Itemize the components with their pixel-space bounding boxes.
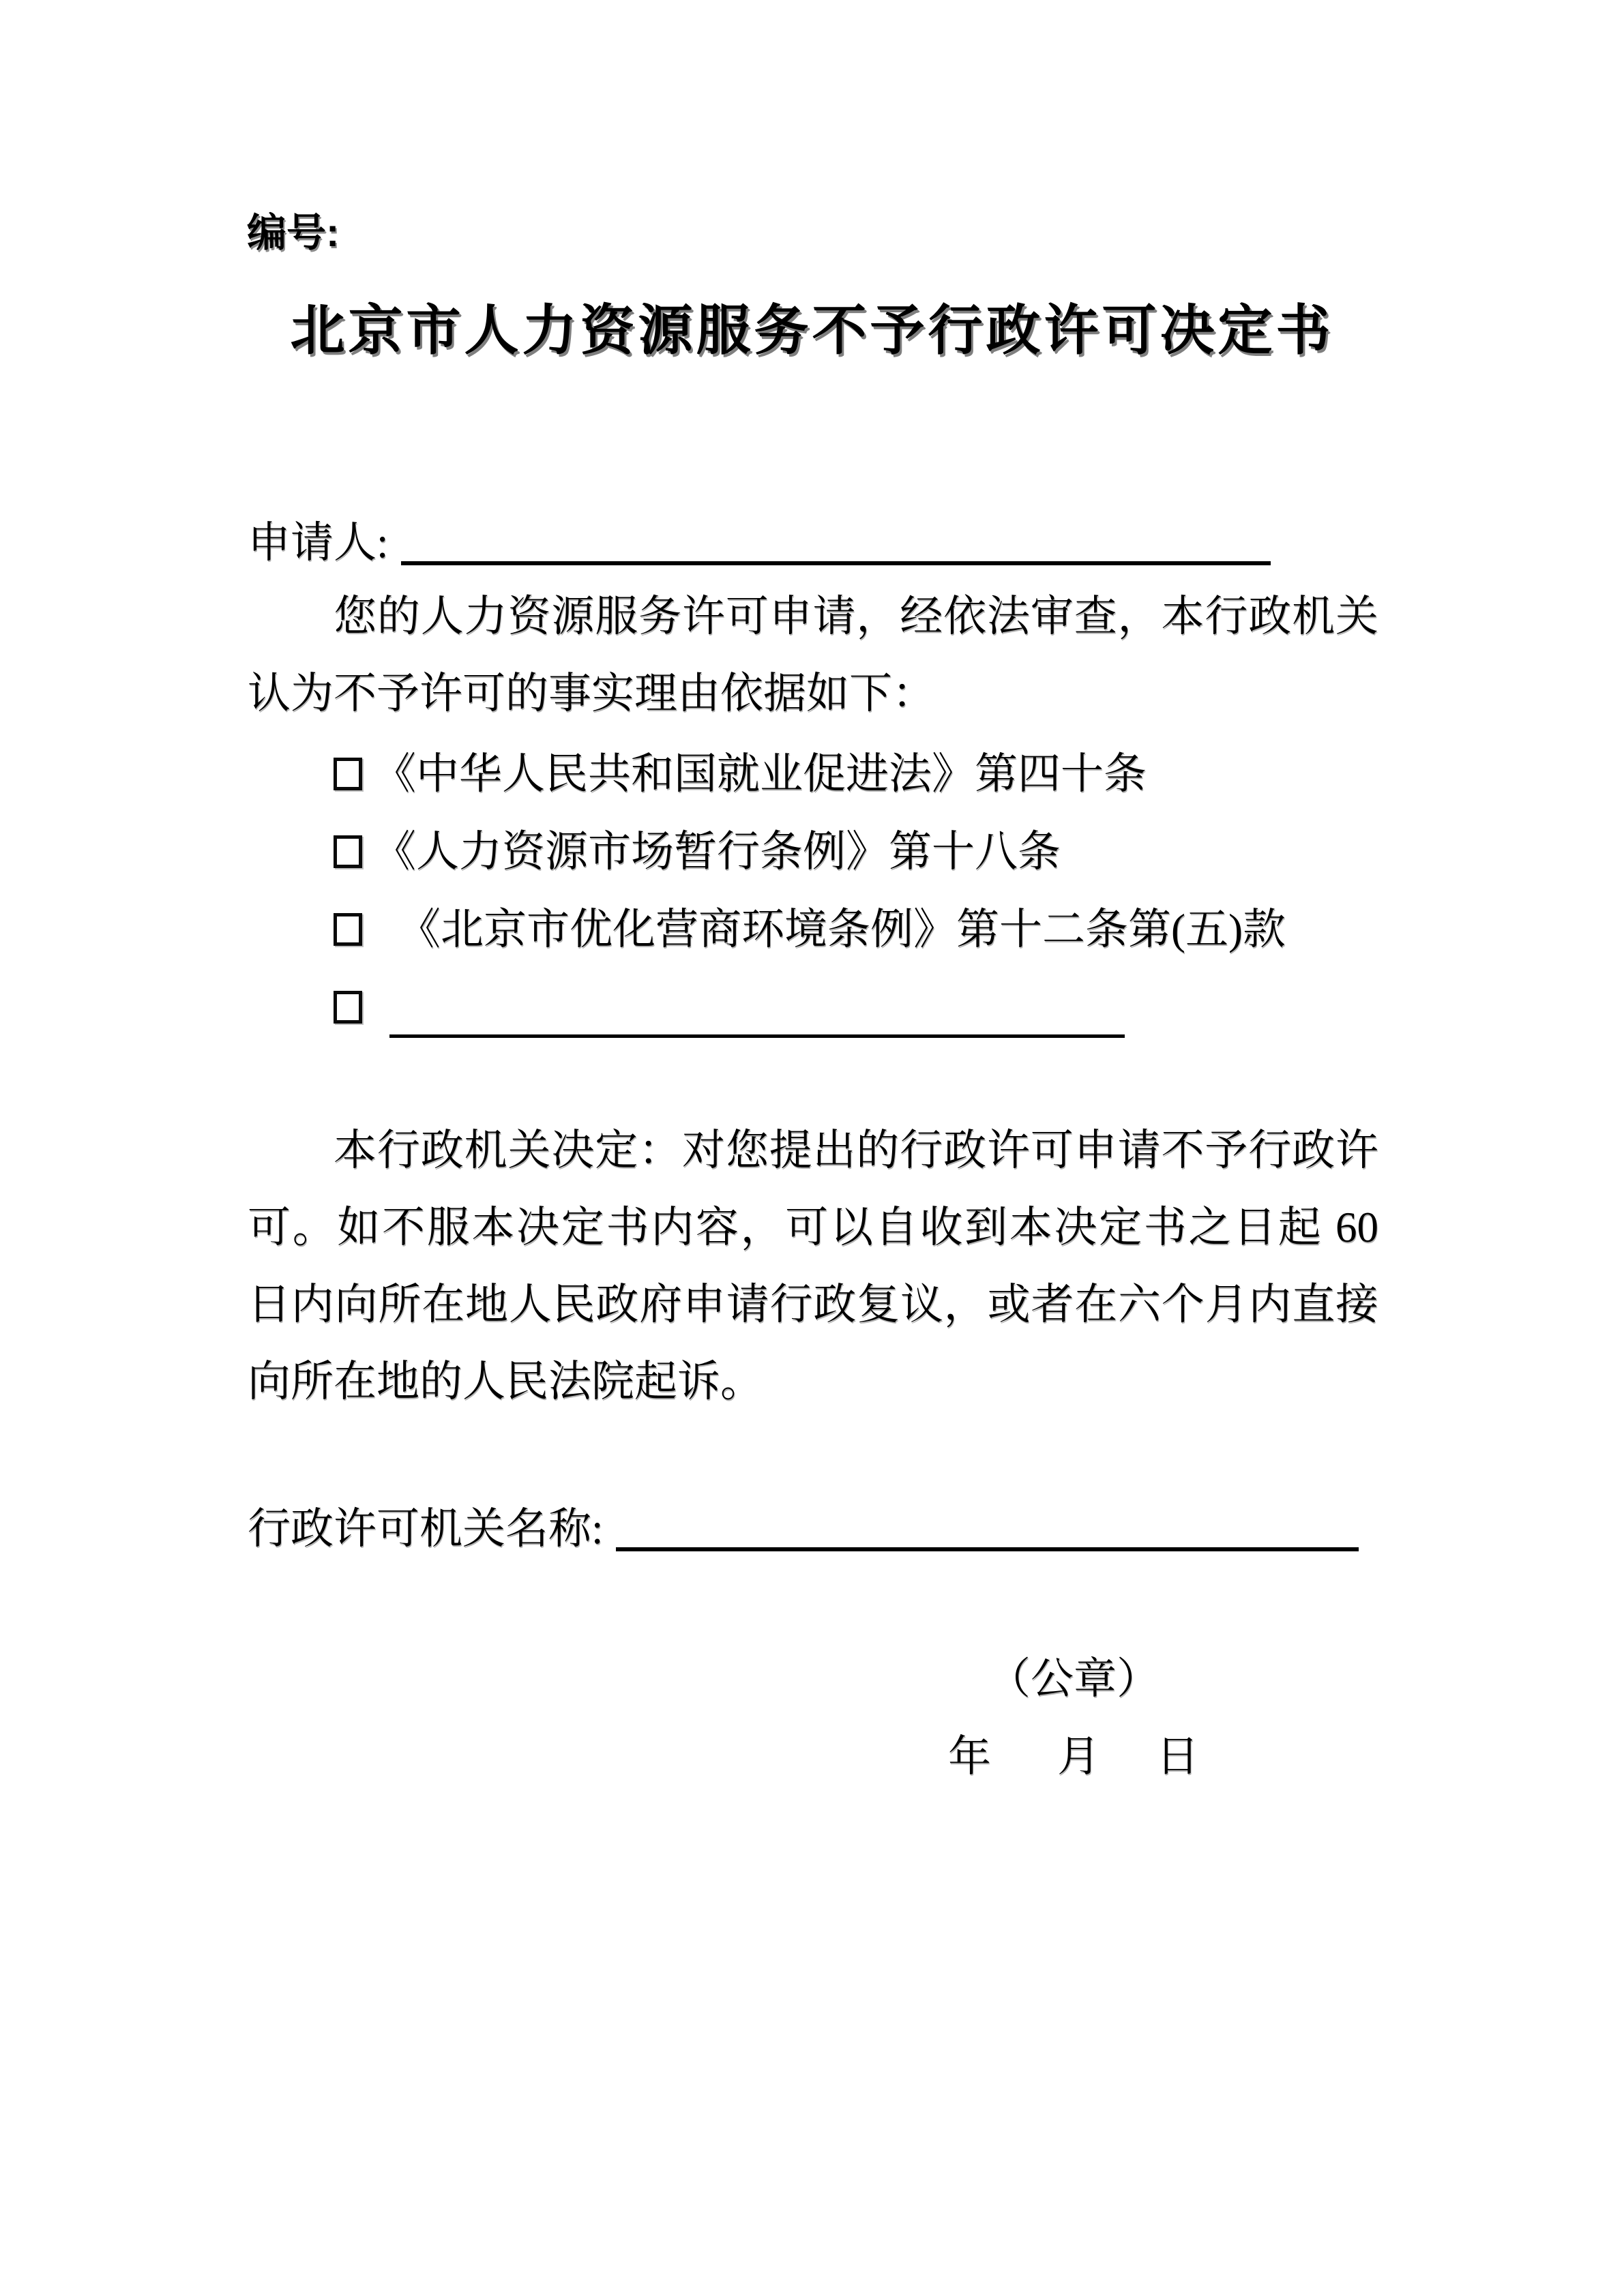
checkbox-option-row: 《人力资源市场暂行条例》第十八条: [248, 813, 1378, 891]
intro-paragraph: 您的人力资源服务许可申请，经依法审查，本行政机关认为不予许可的事实理由依据如下：: [248, 578, 1378, 732]
day-label: 日: [1156, 1733, 1199, 1780]
checkbox-icon[interactable]: [334, 835, 362, 868]
doc-number-label: 编号:: [247, 209, 339, 258]
checkbox-option-list: 《中华人民共和国就业促进法》第四十条 《人力资源市场暂行条例》第十八条 《北京市…: [248, 735, 1378, 1046]
checkbox-icon[interactable]: [334, 991, 362, 1024]
document-page: 编号: 北京市人力资源服务不予行政许可决定书 申请人: 您的人力资源服务许可申请…: [0, 0, 1624, 2296]
checkbox-option-row: 《北京市优化营商环境条例》第十二条第(五)款: [248, 891, 1378, 968]
doc-title: 北京市人力资源服务不予行政许可决定书: [0, 297, 1624, 366]
applicant-underline[interactable]: [401, 505, 1271, 565]
checkbox-option-row: 《中华人民共和国就业促进法》第四十条: [248, 735, 1378, 813]
agency-name-underline[interactable]: [616, 1491, 1359, 1551]
checkbox-label: 《北京市优化营商环境条例》第十二条第(五)款: [398, 891, 1286, 968]
seal-placeholder: （公章）: [988, 1645, 1160, 1713]
applicant-row: 申请人:: [248, 505, 1271, 582]
checkbox-option-row-blank: [248, 968, 1378, 1046]
blank-option-underline[interactable]: [389, 976, 1125, 1038]
checkbox-label: 《人力资源市场暂行条例》第十八条: [373, 814, 1061, 891]
year-label: 年: [948, 1733, 991, 1780]
decision-paragraph: 本行政机关决定：对您提出的行政许可申请不予行政许可。如不服本决定书内容，可以自收…: [248, 1112, 1378, 1420]
month-label: 月: [1057, 1733, 1100, 1780]
checkbox-icon[interactable]: [334, 758, 362, 790]
checkbox-icon[interactable]: [334, 913, 362, 946]
date-line: 年月日: [948, 1723, 1199, 1791]
agency-name-label: 行政许可机关名称:: [248, 1491, 604, 1568]
checkbox-label: 《中华人民共和国就业促进法》第四十条: [373, 736, 1147, 813]
applicant-label: 申请人:: [248, 505, 389, 582]
agency-name-row: 行政许可机关名称:: [248, 1491, 1359, 1568]
